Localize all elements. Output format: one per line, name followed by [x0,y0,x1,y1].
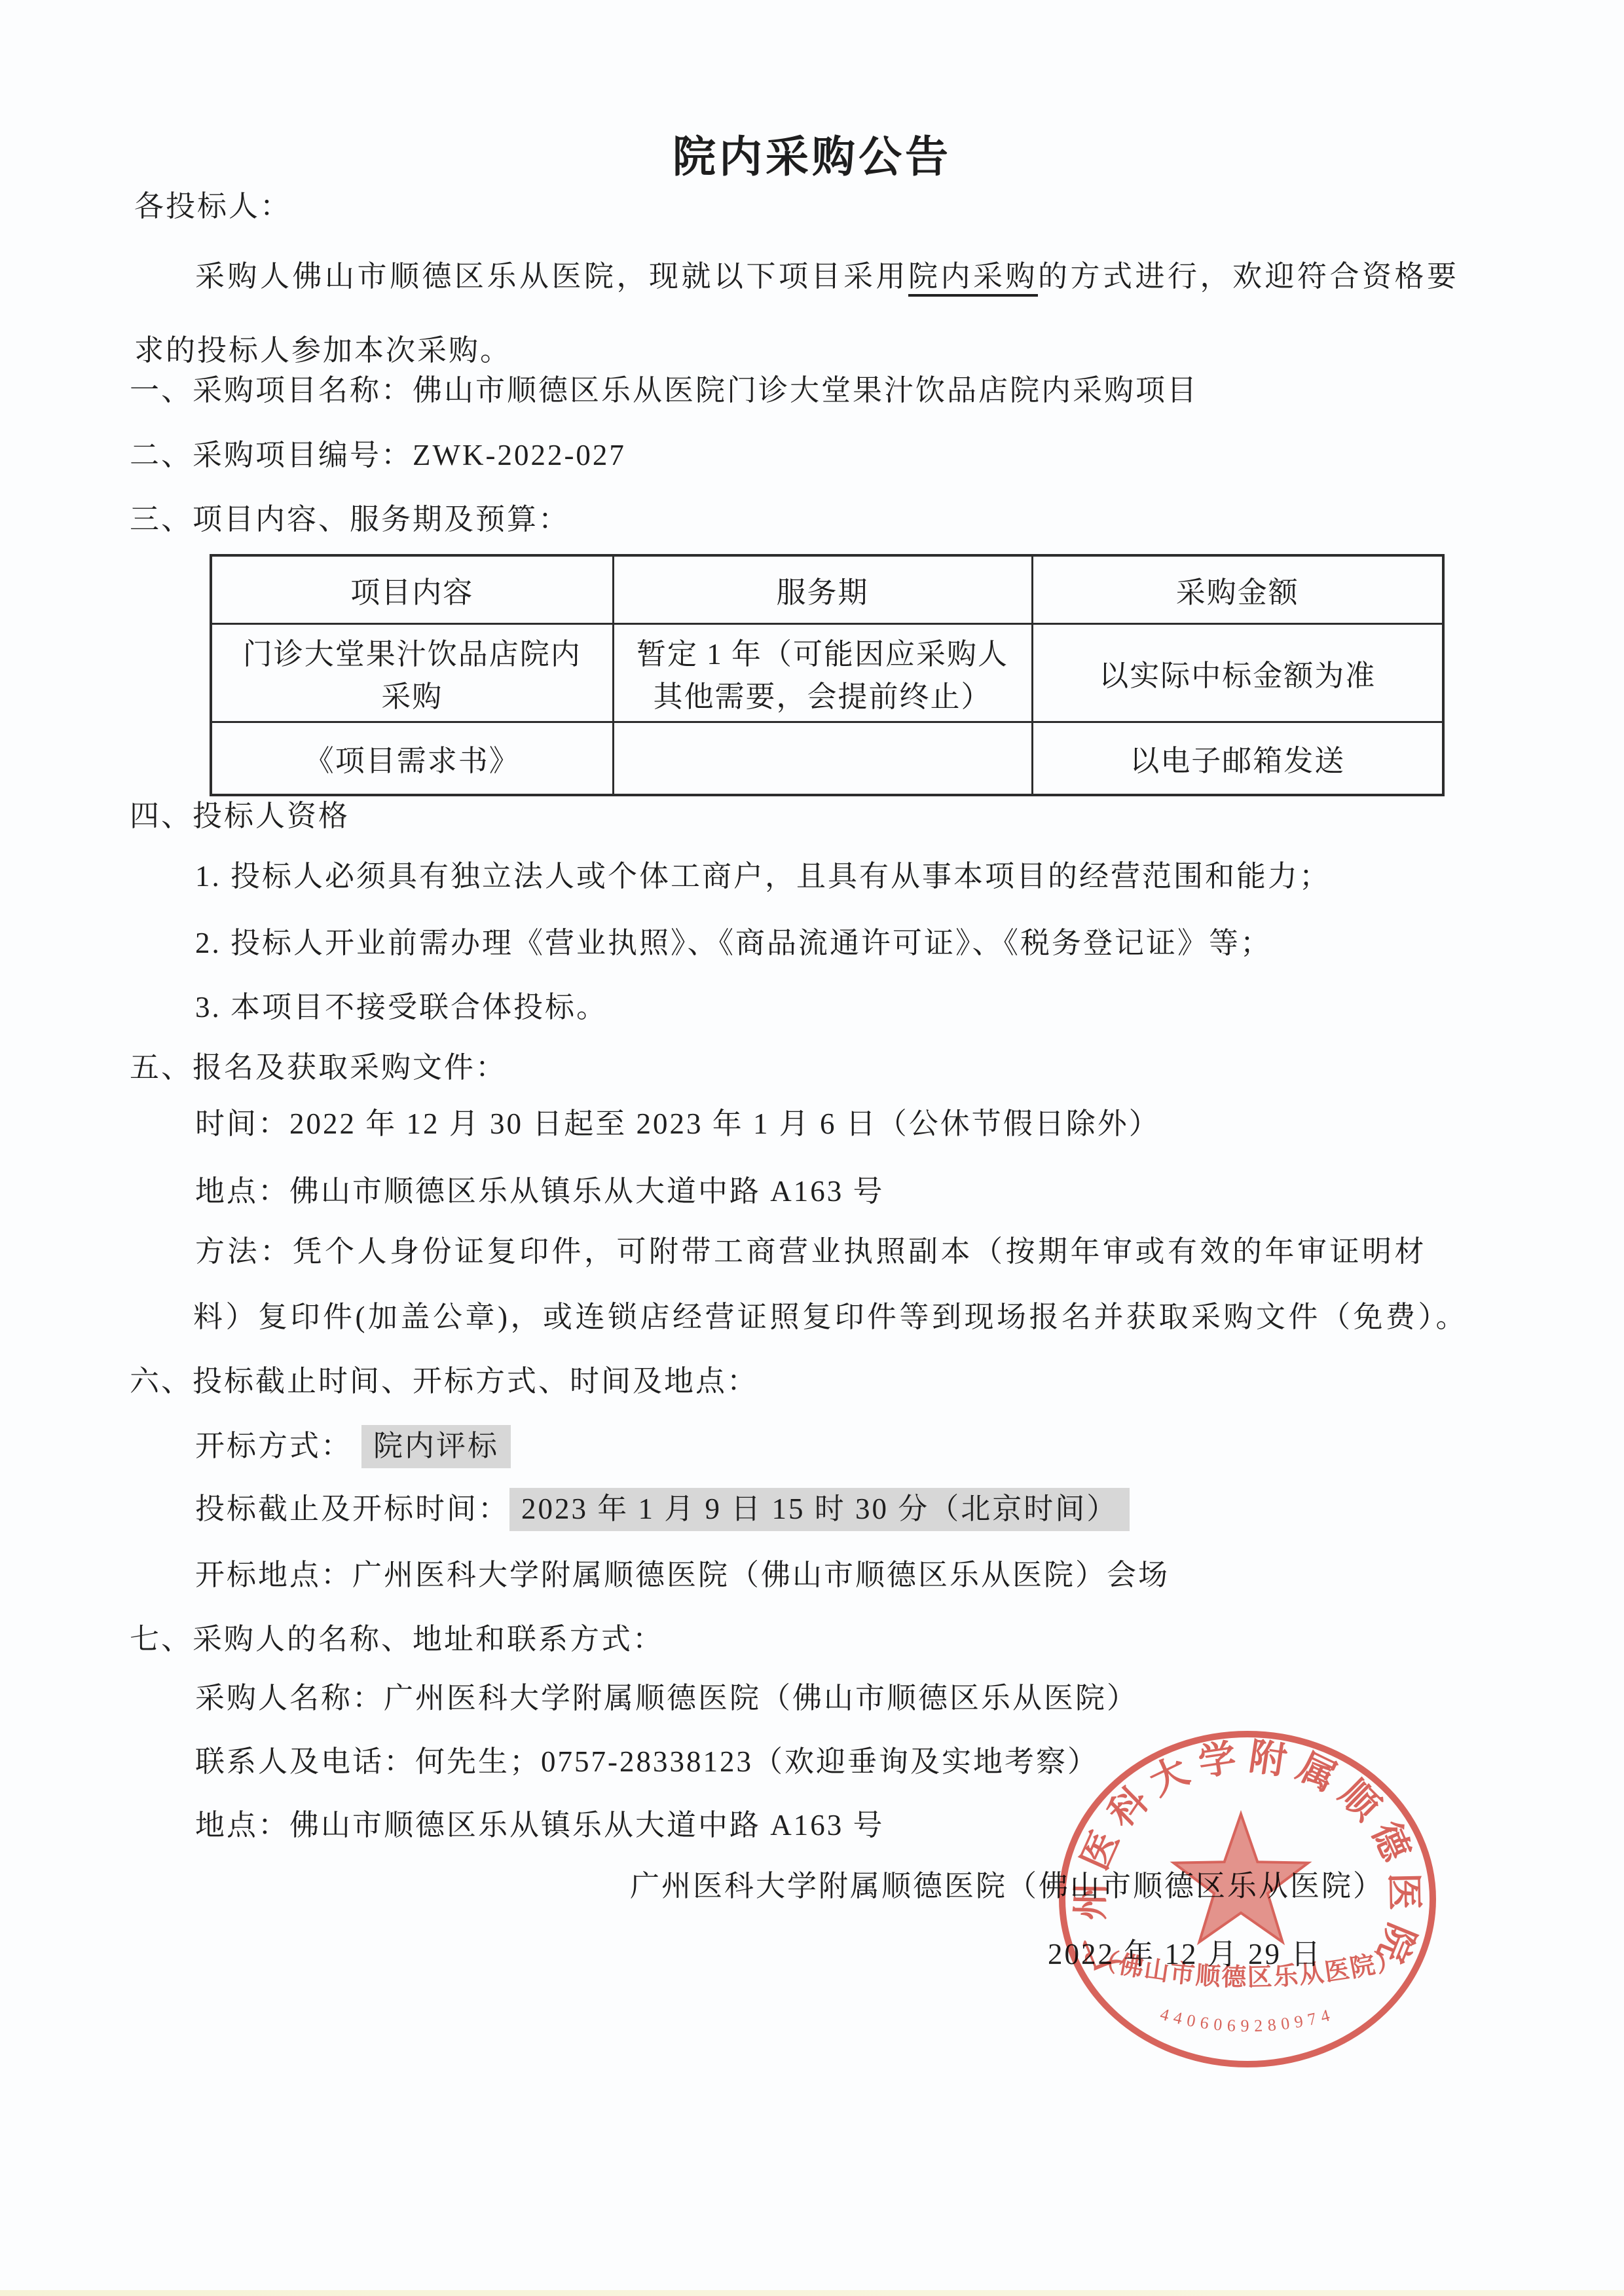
qualification-item-1: 1. 投标人必须具有独立法人或个体工商户，且具有从事本项目的经营范围和能力； [195,855,1331,897]
table-cell-empty [613,722,1032,795]
opening-deadline-label: 投标截止及开标时间： [195,1492,509,1525]
qualification-item-2: 2. 投标人开业前需办理《营业执照》、《商品流通许可证》、《税务登记证》等； [195,922,1272,964]
section-2-project-number: 二、采购项目编号：ZWK-2022-027 [130,434,626,476]
purchaser-name-line: 采购人名称：广州医科大学附属顺德医院（佛山市顺德区乐从医院） [195,1677,1138,1719]
project-summary-table: 项目内容 服务期 采购金额 门诊大堂果汁饮品店院内 采购 暂定 1 年（可能因应… [210,554,1445,796]
table-cell-amount: 以实际中标金额为准 [1032,623,1443,722]
purchaser-contact-line: 联系人及电话：何先生；0757-28338123（欢迎垂询及实地考察） [195,1741,1099,1783]
section-5-registration-heading: 五、报名及获取采购文件： [130,1046,507,1088]
opening-deadline-value-highlighted: 2023 年 1 月 9 日 15 时 30 分（北京时间） [509,1488,1130,1531]
section-6-opening-heading: 六、投标截止时间、开标方式、时间及地点： [130,1360,758,1402]
seal-serial-number: 4406069280974 [1158,2005,1337,2035]
page-title: 院内采购公告 [0,122,1624,184]
opening-venue-line: 开标地点：广州医科大学附属顺德医院（佛山市顺德区乐从医院）会场 [195,1554,1170,1596]
opening-method-value-highlighted: 院内评标 [361,1425,511,1468]
scanned-announcement-page: 院内采购公告 各投标人： 采购人佛山市顺德区乐从医院，现就以下项目采用院内采购的… [0,0,1624,2296]
table-cell-email-delivery: 以电子邮箱发送 [1032,722,1443,795]
salutation: 各投标人： [134,185,291,227]
qualification-item-3: 3. 本项目不接受联合体投标。 [195,986,608,1028]
registration-method-line-2: 料）复印件(加盖公章)，或连锁店经营证照复印件等到现场报名并获取采购文件（免费）… [193,1296,1468,1338]
section-1-project-name: 一、采购项目名称：佛山市顺德区乐从医院门诊大堂果汁饮品店院内采购项目 [130,369,1198,411]
svg-text:4406069280974: 4406069280974 [1158,2005,1337,2035]
table-header-content: 项目内容 [211,555,613,623]
section-4-qualification-heading: 四、投标人资格 [130,795,350,837]
opening-method-line: 开标方式：院内评标 [195,1425,511,1467]
registration-place-line: 地点：佛山市顺德区乐从镇乐从大道中路 A163 号 [195,1170,885,1212]
intro-paragraph-line-1: 采购人佛山市顺德区乐从医院，现就以下项目采用院内采购的方式进行，欢迎符合资格要 [195,255,1460,297]
opening-method-label: 开标方式： [195,1430,352,1462]
table-cell-requirement-doc: 《项目需求书》 [211,722,613,795]
scan-bottom-edge-artifact [0,2290,1624,2296]
table-header-service-period: 服务期 [613,555,1032,623]
table-header-row: 项目内容 服务期 采购金额 [211,555,1443,623]
signature-date-line: 2022 年 12 月 29 日 [1048,1933,1322,1975]
table-cell-project-content: 门诊大堂果汁饮品店院内 采购 [211,623,613,722]
section-7-purchaser-heading: 七、采购人的名称、地址和联系方式： [130,1618,664,1660]
table-cell-service-period: 暂定 1 年（可能因应采购人 其他需要，会提前终止） [613,623,1032,722]
table-row: 《项目需求书》 以电子邮箱发送 [211,722,1443,795]
intro-text-post: 的方式进行，欢迎符合资格要 [1038,260,1460,293]
table-row: 门诊大堂果汁饮品店院内 采购 暂定 1 年（可能因应采购人 其他需要，会提前终止… [211,623,1443,722]
registration-method-line-1: 方法：凭个人身份证复印件，可附带工商营业执照副本（按期年审或有效的年审证明材 [195,1231,1427,1272]
purchaser-address-line: 地点：佛山市顺德区乐从镇乐从大道中路 A163 号 [195,1804,885,1846]
intro-text-pre: 采购人佛山市顺德区乐从医院，现就以下项目采用 [195,260,908,293]
signature-org-line: 广州医科大学附属顺德医院（佛山市顺德区乐从医院） [630,1865,1384,1907]
table-header-amount: 采购金额 [1032,555,1443,623]
intro-paragraph-line-2: 求的投标人参加本次采购。 [134,329,511,371]
section-3-content-heading: 三、项目内容、服务期及预算： [130,498,570,540]
intro-underlined-term: 院内采购 [908,260,1038,297]
registration-time-line: 时间：2022 年 12 月 30 日起至 2023 年 1 月 6 日（公休节… [195,1103,1160,1145]
opening-deadline-line: 投标截止及开标时间：2023 年 1 月 9 日 15 时 30 分（北京时间） [195,1488,1130,1530]
